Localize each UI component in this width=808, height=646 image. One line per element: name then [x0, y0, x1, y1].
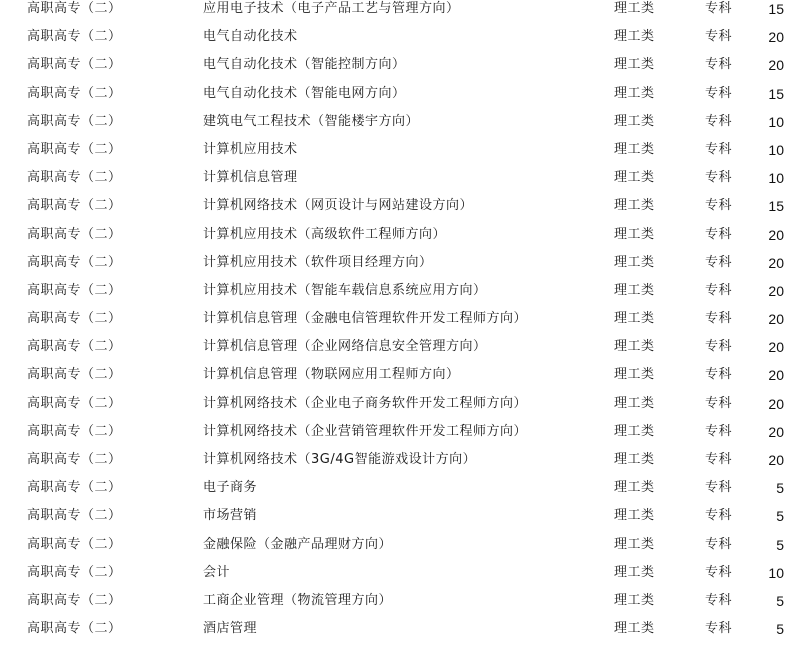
level-cell: 高职高专（二）	[27, 450, 122, 470]
count-cell: 10	[768, 168, 784, 188]
degree-cell: 专科	[705, 309, 732, 329]
major-cell: 计算机网络技术（企业营销管理软件开发工程师方向）	[203, 422, 527, 442]
degree-cell: 专科	[705, 253, 732, 273]
table-row: 高职高专（二） 计算机网络技术（网页设计与网站建设方向） 理工类 专科 15	[0, 196, 808, 224]
table-row: 高职高专（二） 计算机网络技术（企业营销管理软件开发工程师方向） 理工类 专科 …	[0, 422, 808, 450]
major-cell: 计算机应用技术（高级软件工程师方向）	[203, 225, 446, 245]
count-cell: 15	[768, 0, 784, 19]
table-row: 高职高专（二） 建筑电气工程技术（智能楼宇方向） 理工类 专科 10	[0, 112, 808, 140]
degree-cell: 专科	[705, 281, 732, 301]
level-cell: 高职高专（二）	[27, 309, 122, 329]
category-cell: 理工类	[614, 394, 655, 414]
degree-cell: 专科	[705, 535, 732, 555]
level-cell: 高职高专（二）	[27, 281, 122, 301]
category-cell: 理工类	[614, 196, 655, 216]
degree-cell: 专科	[705, 394, 732, 414]
level-cell: 高职高专（二）	[27, 225, 122, 245]
count-cell: 10	[768, 112, 784, 132]
table-row: 高职高专（二） 计算机应用技术 理工类 专科 10	[0, 140, 808, 168]
level-cell: 高职高专（二）	[27, 168, 122, 188]
major-cell: 电气自动化技术（智能电网方向）	[203, 84, 406, 104]
category-cell: 理工类	[614, 168, 655, 188]
major-cell: 计算机应用技术（智能车载信息系统应用方向）	[203, 281, 487, 301]
major-cell: 计算机应用技术	[203, 140, 298, 160]
category-cell: 理工类	[614, 365, 655, 385]
degree-cell: 专科	[705, 55, 732, 75]
count-cell: 5	[776, 506, 784, 526]
level-cell: 高职高专（二）	[27, 422, 122, 442]
count-cell: 5	[776, 478, 784, 498]
count-cell: 5	[776, 535, 784, 555]
major-cell: 计算机应用技术（软件项目经理方向）	[203, 253, 433, 273]
level-cell: 高职高专（二）	[27, 27, 122, 47]
level-cell: 高职高专（二）	[27, 112, 122, 132]
category-cell: 理工类	[614, 478, 655, 498]
major-cell: 计算机信息管理（金融电信管理软件开发工程师方向）	[203, 309, 527, 329]
category-cell: 理工类	[614, 112, 655, 132]
category-cell: 理工类	[614, 563, 655, 583]
count-cell: 20	[768, 27, 784, 47]
count-cell: 20	[768, 394, 784, 414]
count-cell: 5	[776, 591, 784, 611]
level-cell: 高职高专（二）	[27, 84, 122, 104]
count-cell: 20	[768, 450, 784, 470]
table-row: 高职高专（二） 应用电子技术（电子产品工艺与管理方向） 理工类 专科 15	[0, 0, 808, 27]
count-cell: 20	[768, 365, 784, 385]
level-cell: 高职高专（二）	[27, 140, 122, 160]
degree-cell: 专科	[705, 365, 732, 385]
category-cell: 理工类	[614, 591, 655, 611]
level-cell: 高职高专（二）	[27, 196, 122, 216]
table-row: 高职高专（二） 酒店管理 理工类 专科 5	[0, 619, 808, 646]
level-cell: 高职高专（二）	[27, 563, 122, 583]
major-cell: 计算机信息管理	[203, 168, 298, 188]
major-cell: 电气自动化技术	[203, 27, 298, 47]
table-row: 高职高专（二） 计算机网络技术（企业电子商务软件开发工程师方向） 理工类 专科 …	[0, 394, 808, 422]
category-cell: 理工类	[614, 27, 655, 47]
count-cell: 20	[768, 281, 784, 301]
major-cell: 电气自动化技术（智能控制方向）	[203, 55, 406, 75]
count-cell: 15	[768, 196, 784, 216]
count-cell: 20	[768, 337, 784, 357]
level-cell: 高职高专（二）	[27, 478, 122, 498]
degree-cell: 专科	[705, 563, 732, 583]
table-row: 高职高专（二） 计算机应用技术（智能车载信息系统应用方向） 理工类 专科 20	[0, 281, 808, 309]
major-cell: 计算机网络技术（网页设计与网站建设方向）	[203, 196, 473, 216]
table-row: 高职高专（二） 计算机信息管理（企业网络信息安全管理方向） 理工类 专科 20	[0, 337, 808, 365]
category-cell: 理工类	[614, 55, 655, 75]
category-cell: 理工类	[614, 281, 655, 301]
enrollment-table: 高职高专（二） 应用电子技术（电子产品工艺与管理方向） 理工类 专科 15 高职…	[0, 0, 808, 646]
category-cell: 理工类	[614, 225, 655, 245]
level-cell: 高职高专（二）	[27, 591, 122, 611]
category-cell: 理工类	[614, 309, 655, 329]
degree-cell: 专科	[705, 140, 732, 160]
table-row: 高职高专（二） 会计 理工类 专科 10	[0, 563, 808, 591]
table-row: 高职高专（二） 计算机信息管理（物联网应用工程师方向） 理工类 专科 20	[0, 365, 808, 393]
count-cell: 5	[776, 619, 784, 639]
degree-cell: 专科	[705, 591, 732, 611]
major-cell: 建筑电气工程技术（智能楼宇方向）	[203, 112, 419, 132]
category-cell: 理工类	[614, 450, 655, 470]
degree-cell: 专科	[705, 478, 732, 498]
level-cell: 高职高专（二）	[27, 55, 122, 75]
major-cell: 计算机网络技术（企业电子商务软件开发工程师方向）	[203, 394, 527, 414]
table-row: 高职高专（二） 计算机网络技术（3G/4G智能游戏设计方向） 理工类 专科 20	[0, 450, 808, 478]
table-row: 高职高专（二） 电气自动化技术（智能控制方向） 理工类 专科 20	[0, 55, 808, 83]
category-cell: 理工类	[614, 84, 655, 104]
degree-cell: 专科	[705, 450, 732, 470]
degree-cell: 专科	[705, 84, 732, 104]
major-cell: 计算机信息管理（物联网应用工程师方向）	[203, 365, 460, 385]
degree-cell: 专科	[705, 506, 732, 526]
category-cell: 理工类	[614, 337, 655, 357]
table-row: 高职高专（二） 电气自动化技术（智能电网方向） 理工类 专科 15	[0, 84, 808, 112]
level-cell: 高职高专（二）	[27, 0, 122, 19]
category-cell: 理工类	[614, 535, 655, 555]
major-cell: 应用电子技术（电子产品工艺与管理方向）	[203, 0, 460, 19]
major-cell: 酒店管理	[203, 619, 257, 639]
major-cell: 会计	[203, 563, 230, 583]
level-cell: 高职高专（二）	[27, 365, 122, 385]
count-cell: 20	[768, 55, 784, 75]
major-cell: 金融保险（金融产品理财方向）	[203, 535, 392, 555]
major-cell: 计算机信息管理（企业网络信息安全管理方向）	[203, 337, 487, 357]
degree-cell: 专科	[705, 112, 732, 132]
degree-cell: 专科	[705, 225, 732, 245]
table-row: 高职高专（二） 计算机应用技术（高级软件工程师方向） 理工类 专科 20	[0, 225, 808, 253]
degree-cell: 专科	[705, 0, 732, 19]
category-cell: 理工类	[614, 422, 655, 442]
table-row: 高职高专（二） 市场营销 理工类 专科 5	[0, 506, 808, 534]
table-row: 高职高专（二） 电子商务 理工类 专科 5	[0, 478, 808, 506]
table-row: 高职高专（二） 计算机应用技术（软件项目经理方向） 理工类 专科 20	[0, 253, 808, 281]
count-cell: 20	[768, 309, 784, 329]
count-cell: 15	[768, 84, 784, 104]
level-cell: 高职高专（二）	[27, 619, 122, 639]
count-cell: 20	[768, 225, 784, 245]
category-cell: 理工类	[614, 619, 655, 639]
major-cell: 电子商务	[203, 478, 257, 498]
major-cell: 工商企业管理（物流管理方向）	[203, 591, 392, 611]
category-cell: 理工类	[614, 140, 655, 160]
degree-cell: 专科	[705, 619, 732, 639]
count-cell: 20	[768, 422, 784, 442]
category-cell: 理工类	[614, 253, 655, 273]
count-cell: 10	[768, 563, 784, 583]
level-cell: 高职高专（二）	[27, 394, 122, 414]
degree-cell: 专科	[705, 196, 732, 216]
category-cell: 理工类	[614, 506, 655, 526]
level-cell: 高职高专（二）	[27, 535, 122, 555]
level-cell: 高职高专（二）	[27, 506, 122, 526]
table-row: 高职高专（二） 工商企业管理（物流管理方向） 理工类 专科 5	[0, 591, 808, 619]
level-cell: 高职高专（二）	[27, 337, 122, 357]
degree-cell: 专科	[705, 27, 732, 47]
major-cell: 市场营销	[203, 506, 257, 526]
level-cell: 高职高专（二）	[27, 253, 122, 273]
category-cell: 理工类	[614, 0, 655, 19]
degree-cell: 专科	[705, 337, 732, 357]
table-row: 高职高专（二） 计算机信息管理 理工类 专科 10	[0, 168, 808, 196]
degree-cell: 专科	[705, 422, 732, 442]
degree-cell: 专科	[705, 168, 732, 188]
count-cell: 20	[768, 253, 784, 273]
table-row: 高职高专（二） 电气自动化技术 理工类 专科 20	[0, 27, 808, 55]
table-row: 高职高专（二） 金融保险（金融产品理财方向） 理工类 专科 5	[0, 535, 808, 563]
major-cell: 计算机网络技术（3G/4G智能游戏设计方向）	[203, 450, 476, 470]
table-row: 高职高专（二） 计算机信息管理（金融电信管理软件开发工程师方向） 理工类 专科 …	[0, 309, 808, 337]
count-cell: 10	[768, 140, 784, 160]
